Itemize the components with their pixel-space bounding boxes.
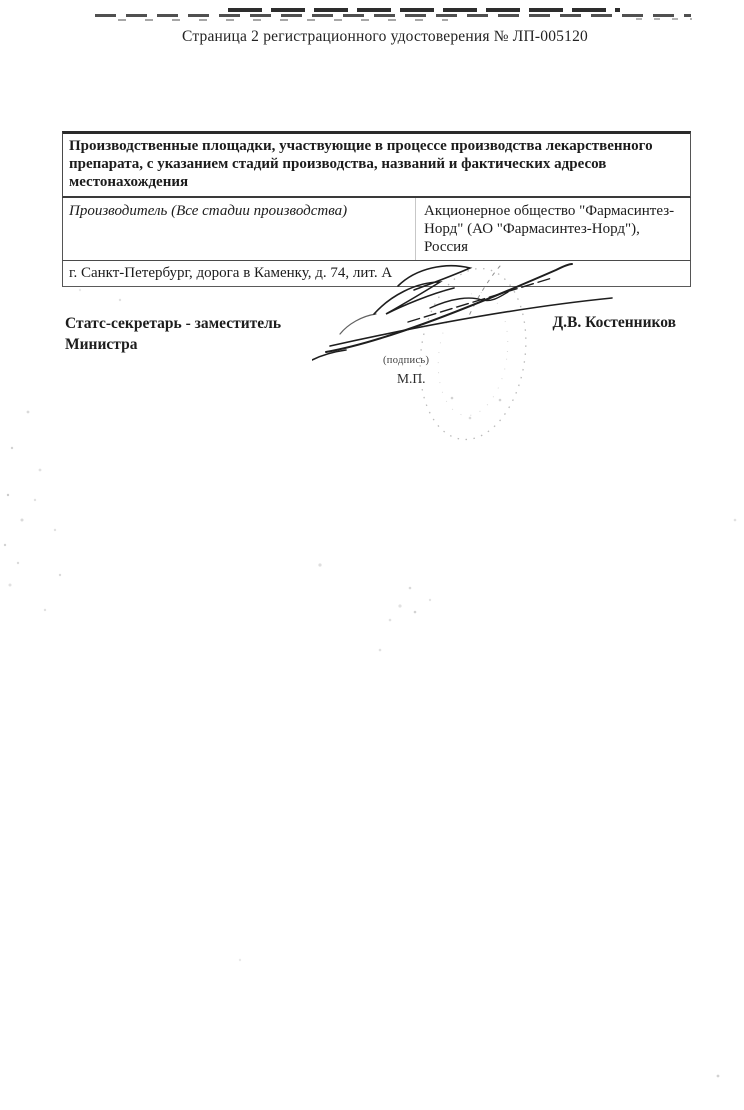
signer-name: Д.В. Костенников — [553, 314, 676, 332]
scan-noise-line — [636, 18, 692, 20]
table-row: Производитель (Все стадии производства) … — [62, 198, 691, 261]
signer-position-title: Статс-секретарь - заместитель Министра — [65, 313, 310, 355]
table-header-cell: Производственные площадки, участвующие в… — [62, 131, 691, 198]
stamp-mark — [408, 262, 538, 444]
scanned-document-page: Страница 2 регистрационного удостоверени… — [0, 0, 744, 1110]
producer-stage-cell: Производитель (Все стадии производства) — [63, 198, 415, 260]
scan-noise-line — [118, 19, 448, 21]
scan-noise-line — [228, 8, 620, 12]
page-caption: Страница 2 регистрационного удостоверени… — [0, 28, 744, 46]
stamp-place-abbr: М.П. — [397, 371, 426, 387]
signature-caption: (подпись) — [383, 355, 429, 366]
producer-name-cell: Акционерное общество "Фармасинтез-Норд" … — [415, 198, 690, 260]
scan-noise-line — [95, 14, 691, 17]
